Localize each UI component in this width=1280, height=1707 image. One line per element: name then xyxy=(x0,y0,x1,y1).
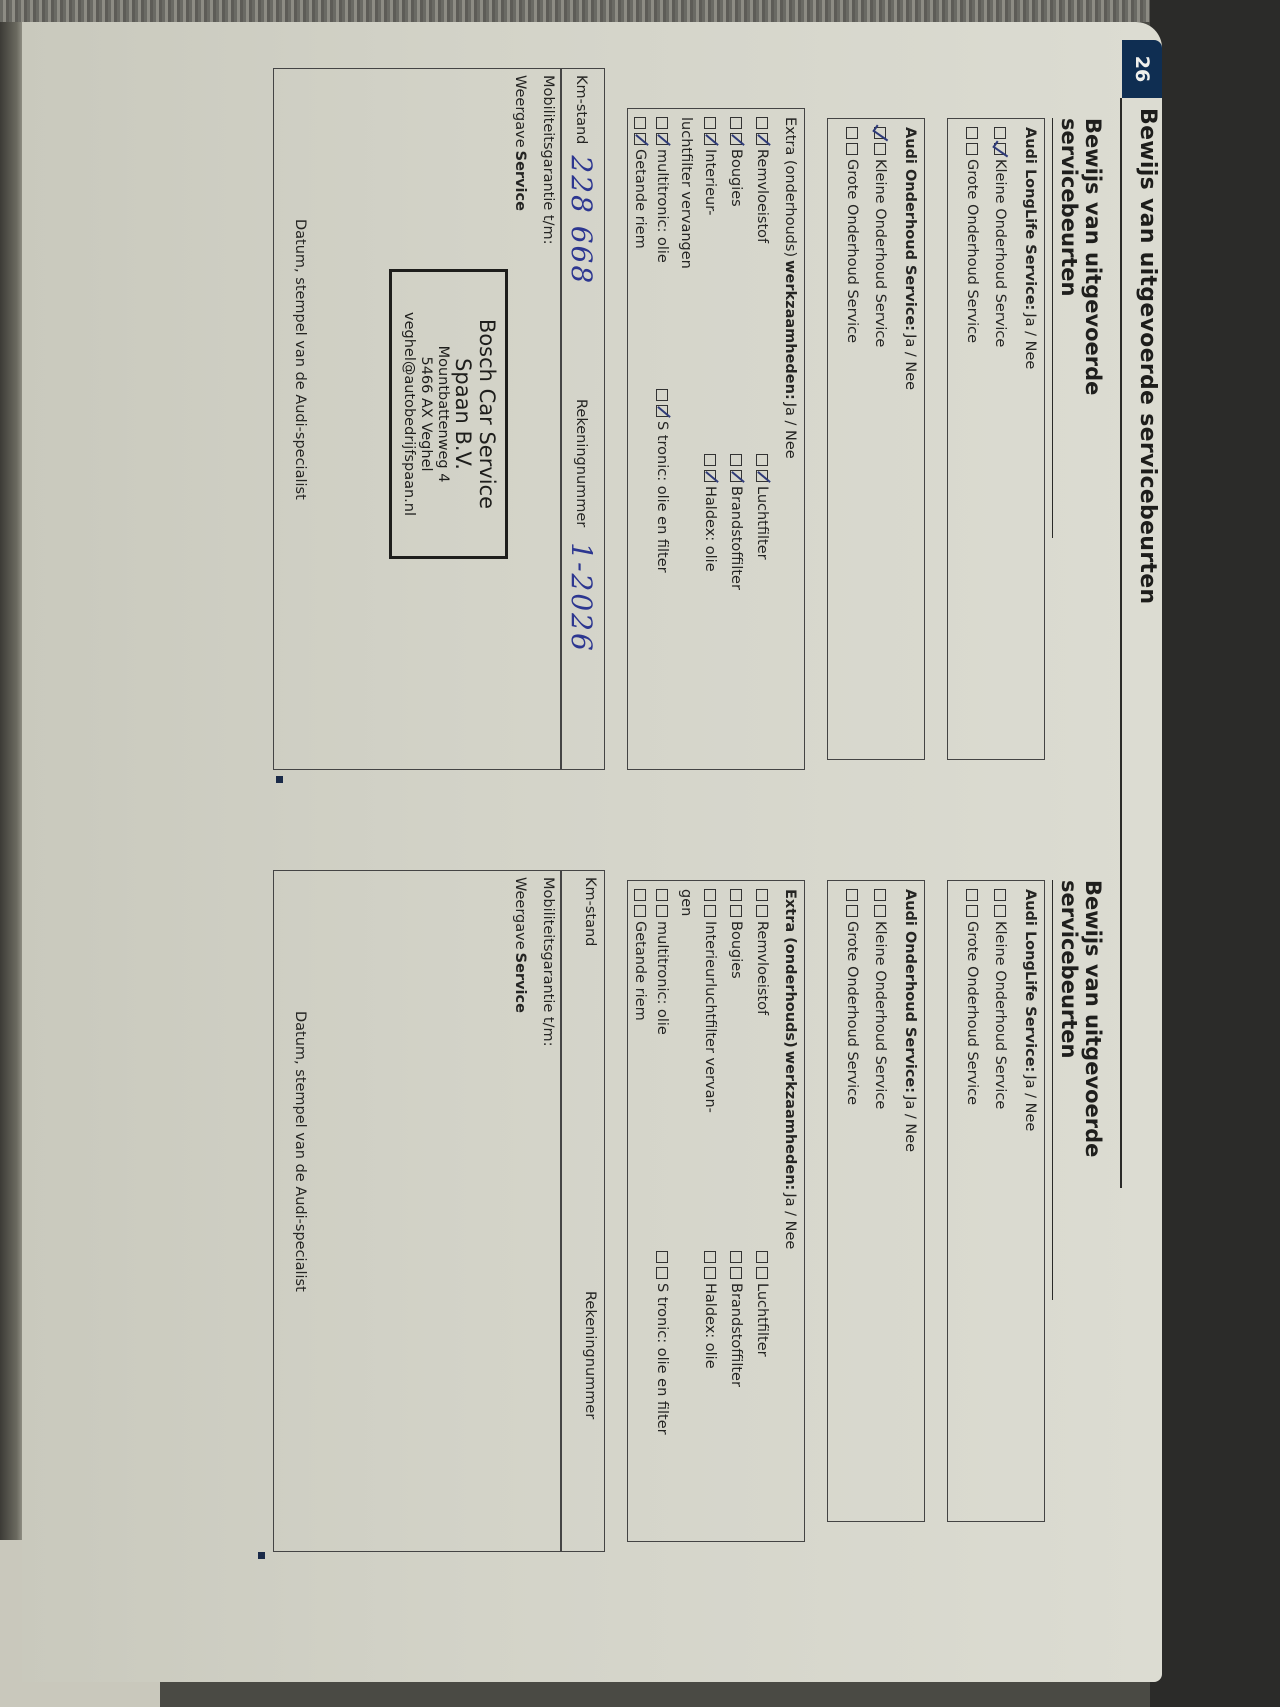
checkbox-icon[interactable] xyxy=(656,1267,668,1279)
extra-multitronic-row[interactable]: multitronic: olie xyxy=(654,889,670,1035)
mobility-guarantee-field[interactable]: Mobiliteitsgarantie t/m: xyxy=(540,75,556,245)
page-number-tab: 26 xyxy=(1122,40,1162,98)
extra-luchtfilter-row[interactable]: Luchtfilter xyxy=(754,1251,770,1357)
checkbox-icon[interactable] xyxy=(846,127,858,139)
extra-heading: Extra (onderhouds)werkzaamheden: Ja / Ne… xyxy=(782,117,798,459)
extra-luchtfilter-row[interactable]: Luchtfilter xyxy=(754,454,770,560)
checkbox-icon[interactable] xyxy=(966,889,978,901)
extra-haldex-row[interactable]: Haldex: olie xyxy=(702,1251,718,1369)
extra-bougies-row[interactable]: Bougies xyxy=(728,117,744,207)
extra-werkzaamheden-section: Extra (onderhouds)werkzaamheden: Ja / Ne… xyxy=(627,108,805,770)
checkbox-icon[interactable] xyxy=(704,454,716,466)
onderhoud-ja-nee[interactable]: Ja / Nee xyxy=(902,334,918,390)
checkbox-icon[interactable] xyxy=(704,905,716,917)
mileage-stamp-section: Km-stand Rekeningnummer Mobiliteitsgaran… xyxy=(273,870,605,1552)
extra-interieur-row[interactable]: Interieurluchtfilter vervan- xyxy=(702,889,718,1113)
corner-mark xyxy=(276,776,283,783)
onderhoud-grote-row[interactable]: Grote Onderhoud Service xyxy=(844,127,860,343)
checkbox-icon[interactable] xyxy=(730,1267,742,1279)
checkbox-icon[interactable] xyxy=(730,889,742,901)
onderhoud-kleine-row[interactable]: Kleine Onderhoud Service xyxy=(872,889,888,1109)
checkbox-checked-icon[interactable] xyxy=(730,133,742,145)
checkbox-icon[interactable] xyxy=(994,127,1006,139)
checkbox-icon[interactable] xyxy=(966,143,978,155)
km-stand-field[interactable]: Km-stand xyxy=(582,877,598,946)
extra-ja-nee[interactable]: Ja / Nee xyxy=(782,1193,798,1249)
checkbox-checked-icon[interactable] xyxy=(994,143,1006,155)
checkbox-icon[interactable] xyxy=(846,889,858,901)
checkbox-icon[interactable] xyxy=(656,389,668,401)
display-service-field: Weergave Service xyxy=(512,75,528,211)
display-service-field: Weergave Service xyxy=(512,877,528,1013)
row-divider xyxy=(561,871,563,1551)
checkbox-checked-icon[interactable] xyxy=(656,133,668,145)
onderhoud-section: Audi Onderhoud Service: Ja / Nee Kleine … xyxy=(827,118,925,760)
checkbox-icon[interactable] xyxy=(704,1267,716,1279)
form-title: Bewijs van uitgevoerde servicebeurten xyxy=(1052,880,1105,1300)
extra-getande-riem-row[interactable]: Getande riem xyxy=(632,889,648,1021)
checkbox-checked-icon[interactable] xyxy=(756,133,768,145)
checkbox-icon[interactable] xyxy=(730,905,742,917)
invoice-number-field[interactable]: Rekeningnummer 1-2026 xyxy=(565,399,598,653)
extra-werkzaamheden-section: Extra (onderhouds)werkzaamheden: Ja / Ne… xyxy=(627,880,805,1542)
extra-remvloeistof-row[interactable]: Remvloeistof xyxy=(754,889,770,1015)
checkbox-icon[interactable] xyxy=(994,905,1006,917)
service-record-form-1: Bewijs van uitgevoerde servicebeurten Au… xyxy=(1052,118,1105,858)
checkbox-icon[interactable] xyxy=(756,454,768,466)
row-divider xyxy=(561,69,563,769)
signature-label: Datum, stempel van de Audi-specialist xyxy=(292,219,308,500)
onderhoud-kleine-row[interactable]: Kleine Onderhoud Service xyxy=(872,127,888,347)
booklet-spread: 26 Bewijs van uitgevoerde servicebeurten… xyxy=(0,0,1280,1707)
header-rule xyxy=(1120,98,1122,1188)
checkbox-icon[interactable] xyxy=(756,1267,768,1279)
running-title: Bewijs van uitgevoerde servicebeurten xyxy=(1135,108,1160,604)
checkbox-checked-icon[interactable] xyxy=(704,133,716,145)
checkbox-icon[interactable] xyxy=(656,117,668,129)
longlife-ja-nee[interactable]: Ja / Nee xyxy=(1022,313,1038,369)
checkbox-icon[interactable] xyxy=(634,117,646,129)
checkbox-icon[interactable] xyxy=(634,905,646,917)
longlife-section: Audi LongLife Service: Ja / Nee Kleine O… xyxy=(947,118,1045,760)
onderhoud-heading: Audi Onderhoud Service: Ja / Nee xyxy=(902,127,918,390)
invoice-number-field[interactable]: Rekeningnummer xyxy=(582,1291,598,1419)
longlife-kleine-row[interactable]: Kleine Onderhoud Service xyxy=(992,889,1008,1109)
onderhoud-ja-nee[interactable]: Ja / Nee xyxy=(902,1096,918,1152)
checkbox-icon[interactable] xyxy=(634,889,646,901)
onderhoud-heading: Audi Onderhoud Service: Ja / Nee xyxy=(902,889,918,1152)
signature-label: Datum, stempel van de Audi-specialist xyxy=(292,1011,308,1292)
dealer-stamp: Bosch Car Service Spaan B.V. Mountbatten… xyxy=(389,269,508,559)
checkbox-checked-icon[interactable] xyxy=(704,470,716,482)
longlife-section: Audi LongLife Service: Ja / Nee Kleine O… xyxy=(947,880,1045,1522)
checkbox-icon[interactable] xyxy=(966,905,978,917)
mileage-stamp-section: Km-stand 228 668 Rekeningnummer 1-2026 M… xyxy=(273,68,605,770)
invoice-number-value[interactable]: 1-2026 xyxy=(565,542,598,653)
mobility-guarantee-field[interactable]: Mobiliteitsgarantie t/m: xyxy=(540,877,556,1047)
extra-s-tronic-row[interactable]: S tronic: olie en filter xyxy=(654,1251,670,1435)
checkbox-icon[interactable] xyxy=(846,905,858,917)
checkbox-icon[interactable] xyxy=(874,143,886,155)
checkbox-icon[interactable] xyxy=(656,905,668,917)
extra-brandstoffilter-row[interactable]: Brandstoffilter xyxy=(728,1251,744,1387)
checkbox-icon[interactable] xyxy=(656,889,668,901)
checkbox-icon[interactable] xyxy=(756,889,768,901)
extra-ja-nee[interactable]: Ja / Nee xyxy=(782,403,798,459)
checkbox-icon[interactable] xyxy=(656,1251,668,1263)
checkbox-icon[interactable] xyxy=(966,127,978,139)
checkbox-icon[interactable] xyxy=(730,117,742,129)
extra-brandstoffilter-row[interactable]: Brandstoffilter xyxy=(728,454,744,590)
checkbox-icon[interactable] xyxy=(756,117,768,129)
checkbox-checked-icon[interactable] xyxy=(634,133,646,145)
extra-interieur-continuation: luchtfilter vervangen xyxy=(678,117,694,269)
km-stand-field[interactable]: Km-stand 228 668 xyxy=(565,75,598,285)
checkbox-icon[interactable] xyxy=(730,454,742,466)
extra-getande-riem-row[interactable]: Getande riem xyxy=(632,117,648,249)
extra-s-tronic-row[interactable]: S tronic: olie en filter xyxy=(654,389,670,573)
onderhoud-section: Audi Onderhoud Service: Ja / Nee Kleine … xyxy=(827,880,925,1522)
checkbox-icon[interactable] xyxy=(730,1251,742,1263)
longlife-grote-row[interactable]: Grote Onderhoud Service xyxy=(964,889,980,1105)
checkbox-icon[interactable] xyxy=(994,889,1006,901)
form-title: Bewijs van uitgevoerde servicebeurten xyxy=(1052,118,1105,538)
onderhoud-grote-row[interactable]: Grote Onderhoud Service xyxy=(844,889,860,1105)
checkbox-icon[interactable] xyxy=(874,905,886,917)
extra-bougies-row[interactable]: Bougies xyxy=(728,889,744,979)
extra-multitronic-row[interactable]: multitronic: olie xyxy=(654,117,670,263)
longlife-heading: Audi LongLife Service: Ja / Nee xyxy=(1022,889,1038,1131)
service-record-form-2: Bewijs van uitgevoerde servicebeurten Au… xyxy=(1052,880,1105,1620)
checkbox-icon[interactable] xyxy=(756,905,768,917)
extra-heading: Extra (onderhouds)werkzaamheden: Ja / Ne… xyxy=(782,889,798,1249)
extra-interieur-row[interactable]: Interieur- xyxy=(702,117,718,215)
longlife-ja-nee[interactable]: Ja / Nee xyxy=(1022,1075,1038,1131)
checkbox-checked-icon[interactable] xyxy=(656,405,668,417)
checkbox-checked-icon[interactable] xyxy=(730,470,742,482)
km-stand-value[interactable]: 228 668 xyxy=(565,155,598,285)
checkbox-icon[interactable] xyxy=(704,889,716,901)
extra-interieur-continuation: gen xyxy=(678,889,694,916)
checkbox-checked-icon[interactable] xyxy=(874,127,886,139)
checkbox-icon[interactable] xyxy=(874,889,886,901)
longlife-grote-row[interactable]: Grote Onderhoud Service xyxy=(964,127,980,343)
checkbox-icon[interactable] xyxy=(756,1251,768,1263)
extra-remvloeistof-row[interactable]: Remvloeistof xyxy=(754,117,770,243)
longlife-kleine-row[interactable]: Kleine Onderhoud Service xyxy=(992,127,1008,347)
extra-haldex-row[interactable]: Haldex: olie xyxy=(702,454,718,572)
checkbox-checked-icon[interactable] xyxy=(756,470,768,482)
corner-mark xyxy=(258,1552,265,1559)
longlife-heading: Audi LongLife Service: Ja / Nee xyxy=(1022,127,1038,369)
checkbox-icon[interactable] xyxy=(846,143,858,155)
checkbox-icon[interactable] xyxy=(704,1251,716,1263)
checkbox-icon[interactable] xyxy=(704,117,716,129)
